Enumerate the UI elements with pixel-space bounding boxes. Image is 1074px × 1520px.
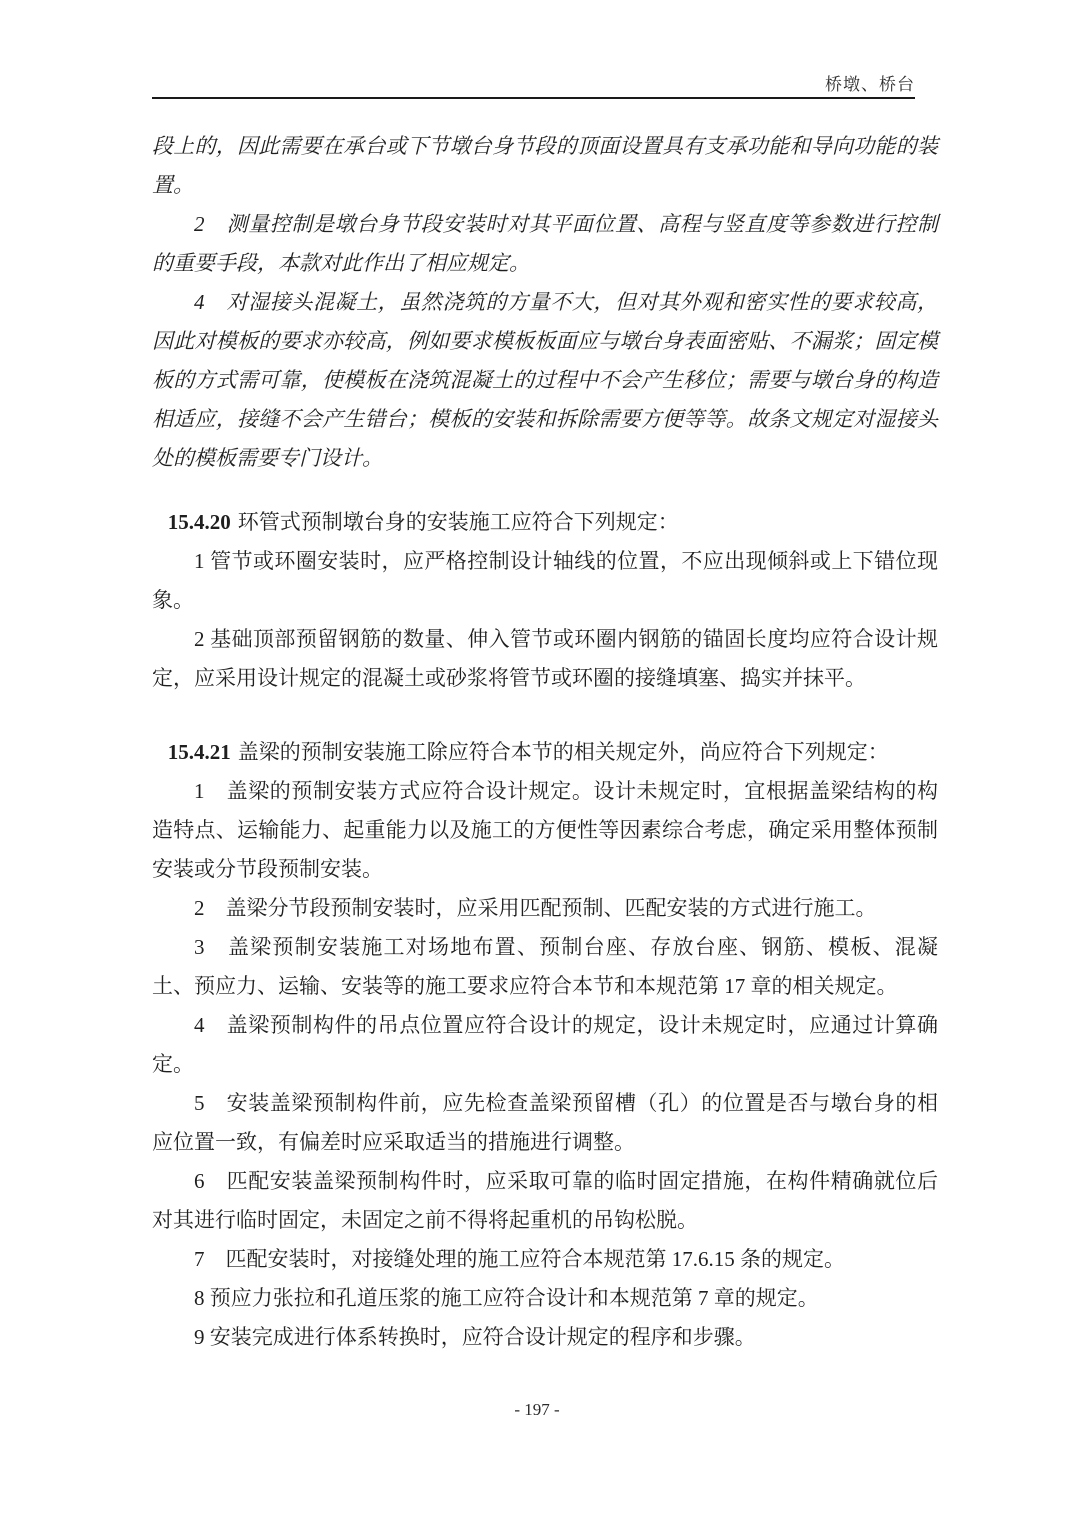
header-rule xyxy=(152,97,915,99)
section-15-4-20: 15.4.20环管式预制墩台身的安装施工应符合下列规定： 1 管节或环圈安装时，… xyxy=(152,503,938,698)
document-page: 桥墩、桥台 段上的，因此需要在承台或下节墩台身节段的顶面设置具有支承功能和导向功… xyxy=(0,0,1074,1520)
clause-item: 8 预应力张拉和孔道压浆的施工应符合设计和本规范第 7 章的规定。 xyxy=(152,1279,938,1318)
commentary-paragraph-4: 4 对湿接头混凝土，虽然浇筑的方量不大，但对其外观和密实性的要求较高，因此对模板… xyxy=(152,283,938,478)
page-number: - 197 - xyxy=(0,1400,1074,1420)
clause-item: 1 管节或环圈安装时，应严格控制设计轴线的位置，不应出现倾斜或上下错位现象。 xyxy=(152,542,938,620)
commentary-paragraph-continuation: 段上的，因此需要在承台或下节墩台身节段的顶面设置具有支承功能和导向功能的装置。 xyxy=(152,127,938,205)
page-header: 桥墩、桥台 xyxy=(152,70,915,95)
page-header-title: 桥墩、桥台 xyxy=(825,75,915,94)
clause-title: 环管式预制墩台身的安装施工应符合下列规定： xyxy=(238,510,679,534)
clause-item: 1 盖梁的预制安装方式应符合设计规定。设计未规定时，宜根据盖梁结构的构造特点、运… xyxy=(152,772,938,889)
section-15-4-21: 15.4.21盖梁的预制安装施工除应符合本节的相关规定外，尚应符合下列规定： 1… xyxy=(152,733,938,1357)
commentary-paragraph-2: 2 测量控制是墩台身节段安装时对其平面位置、高程与竖直度等参数进行控制的重要手段… xyxy=(152,205,938,283)
clause-heading: 15.4.21盖梁的预制安装施工除应符合本节的相关规定外，尚应符合下列规定： xyxy=(152,733,938,772)
clause-item: 3 盖梁预制安装施工对场地布置、预制台座、存放台座、钢筋、模板、混凝土、预应力、… xyxy=(152,928,938,1006)
clause-heading: 15.4.20环管式预制墩台身的安装施工应符合下列规定： xyxy=(152,503,938,542)
clause-item: 6 匹配安装盖梁预制构件时，应采取可靠的临时固定措施，在构件精确就位后对其进行临… xyxy=(152,1162,938,1240)
page-content: 段上的，因此需要在承台或下节墩台身节段的顶面设置具有支承功能和导向功能的装置。 … xyxy=(152,127,938,1357)
clause-item: 4 盖梁预制构件的吊点位置应符合设计的规定，设计未规定时，应通过计算确定。 xyxy=(152,1006,938,1084)
clause-item: 5 安装盖梁预制构件前，应先检查盖梁预留槽（孔）的位置是否与墩台身的相应位置一致… xyxy=(152,1084,938,1162)
clause-item: 2 盖梁分节段预制安装时，应采用匹配预制、匹配安装的方式进行施工。 xyxy=(152,889,938,928)
clause-number: 15.4.21 xyxy=(168,740,231,764)
clause-item: 9 安装完成进行体系转换时，应符合设计规定的程序和步骤。 xyxy=(152,1318,938,1357)
clause-number: 15.4.20 xyxy=(168,510,231,534)
clause-item: 7 匹配安装时，对接缝处理的施工应符合本规范第 17.6.15 条的规定。 xyxy=(152,1240,938,1279)
clause-item: 2 基础顶部预留钢筋的数量、伸入管节或环圈内钢筋的锚固长度均应符合设计规定，应采… xyxy=(152,620,938,698)
clause-title: 盖梁的预制安装施工除应符合本节的相关规定外，尚应符合下列规定： xyxy=(238,740,889,764)
